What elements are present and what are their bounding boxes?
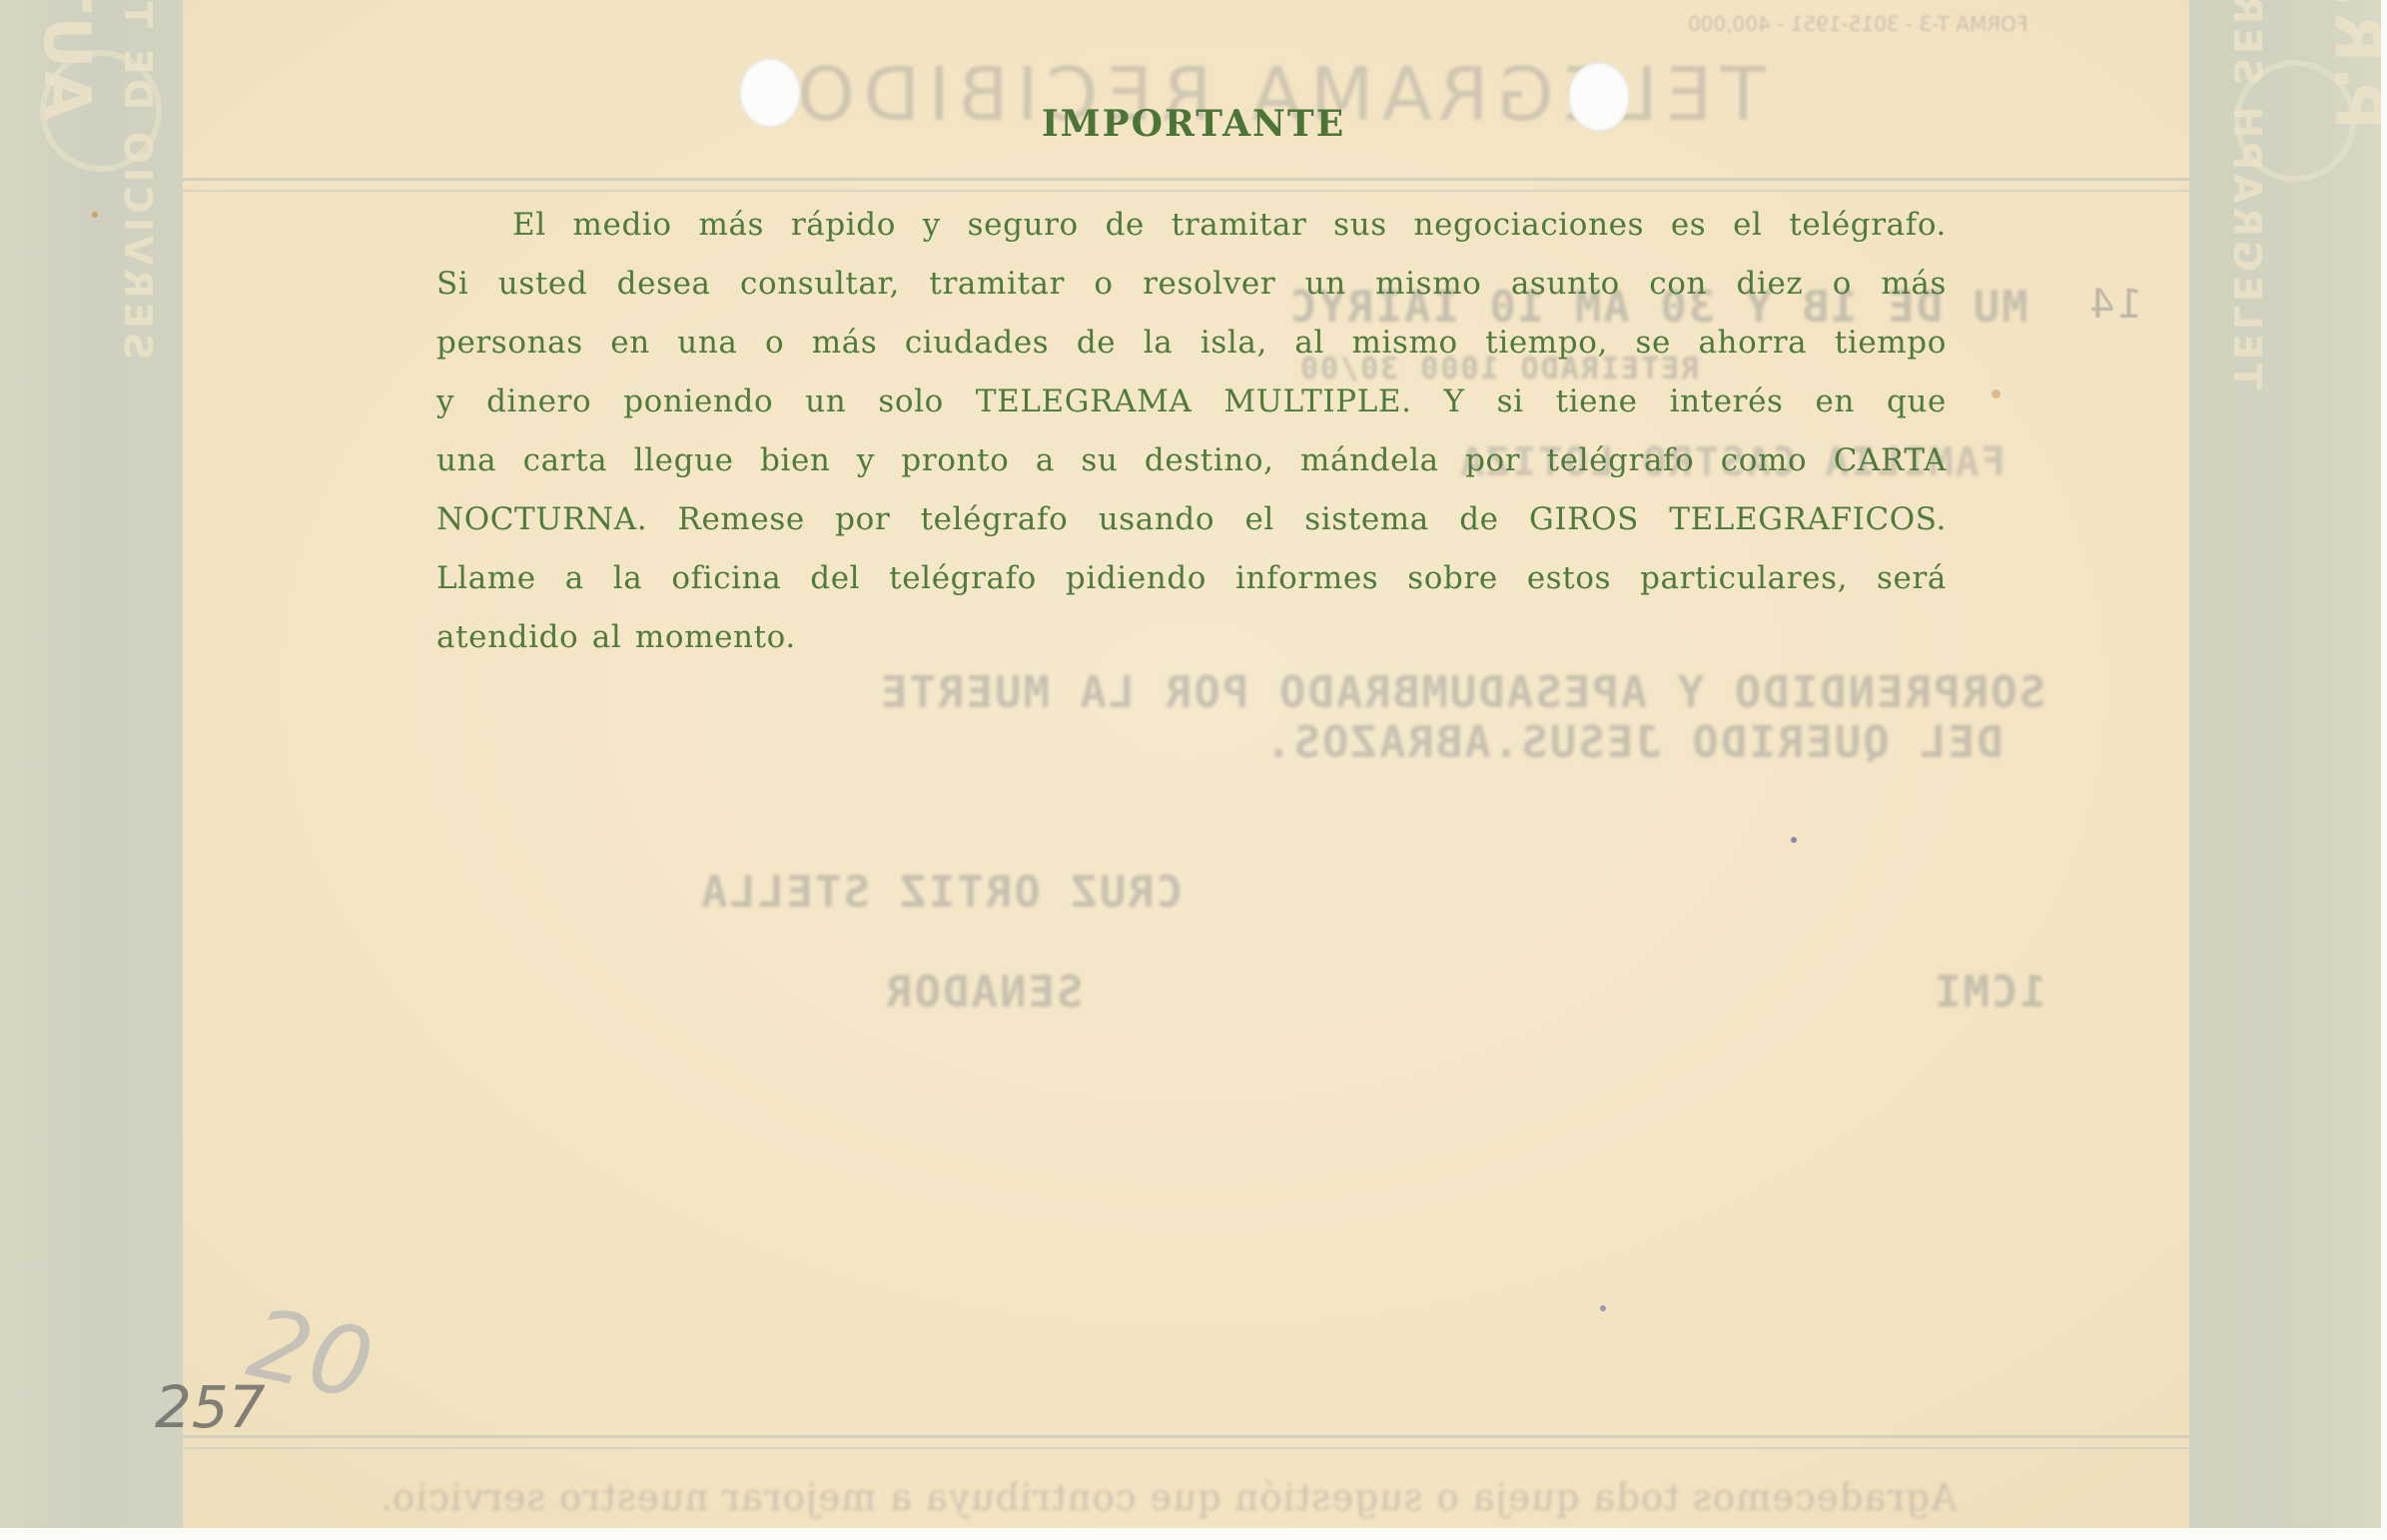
message-line-showthrough: CRUZ ORTIZ STELLA (699, 867, 1183, 918)
bottom-divider (183, 1447, 2189, 1449)
top-divider (183, 190, 2189, 192)
page-title: IMPORTANTE (0, 103, 2387, 145)
paragraph-line: NOCTURNA. Remese por telégrafo usando el… (436, 490, 1947, 549)
left-band-subtitle: SERVICIO DE TELEGRAFO (116, 0, 160, 360)
scan-edge (0, 1528, 2387, 1540)
bottom-divider (183, 1435, 2189, 1438)
message-line-showthrough: 1CMI (1933, 967, 2046, 1018)
message-line-showthrough: DEL QUERIDO JESUS.ABRAZOS. (1263, 717, 2003, 768)
form-code-showthrough: FORMA T-3 - 3015-1951 - 400,000 (1688, 12, 2027, 36)
notice-paragraph: El medio más rápido y seguro de tramitar… (436, 196, 1947, 667)
paragraph-line: una carta llegue bien y pronto a su dest… (436, 431, 1947, 490)
left-band-title: AUTORIDAD DE COMUNICACIONES DE P.R. (29, 0, 103, 120)
paragraph-line: Si usted desea consultar, tramitar o res… (436, 255, 1947, 314)
message-line-showthrough: SORPRENDIDO Y APESADUMBRADO POR LA MUERT… (879, 667, 2045, 718)
handwritten-number: 257 (155, 1373, 266, 1441)
right-margin-band: P.R. COMMUNICATIONS AUTHORITY TELEGRAPH … (2189, 0, 2381, 1528)
paragraph-line: Llame a la oficina del telégrafo pidiend… (436, 549, 1947, 608)
right-band-subtitle: TELEGRAPH SERVICE (2225, 0, 2269, 389)
paragraph-line: atendido al momento. (436, 608, 1947, 667)
top-divider (183, 178, 2189, 181)
scan-edge (2381, 0, 2387, 1540)
corner-mark-showthrough: 14 (2087, 282, 2142, 328)
paragraph-line: y dinero poniendo un solo TELEGRAMA MULT… (436, 373, 1947, 431)
left-margin-band: AUTORIDAD DE COMUNICACIONES DE P.R. SERV… (0, 0, 183, 1528)
footer-showthrough: Agradecemos toda queja o sugestión que c… (380, 1476, 1958, 1519)
paper-speck (1791, 837, 1797, 843)
paper-speck (1991, 389, 2000, 398)
paragraph-line: personas en una o más ciudades de la isl… (436, 314, 1947, 373)
message-line-showthrough: SENADOR (884, 967, 1083, 1018)
paragraph-line: El medio más rápido y seguro de tramitar… (436, 196, 1947, 255)
paper-speck (1600, 1305, 1606, 1311)
paper-speck (92, 212, 98, 218)
